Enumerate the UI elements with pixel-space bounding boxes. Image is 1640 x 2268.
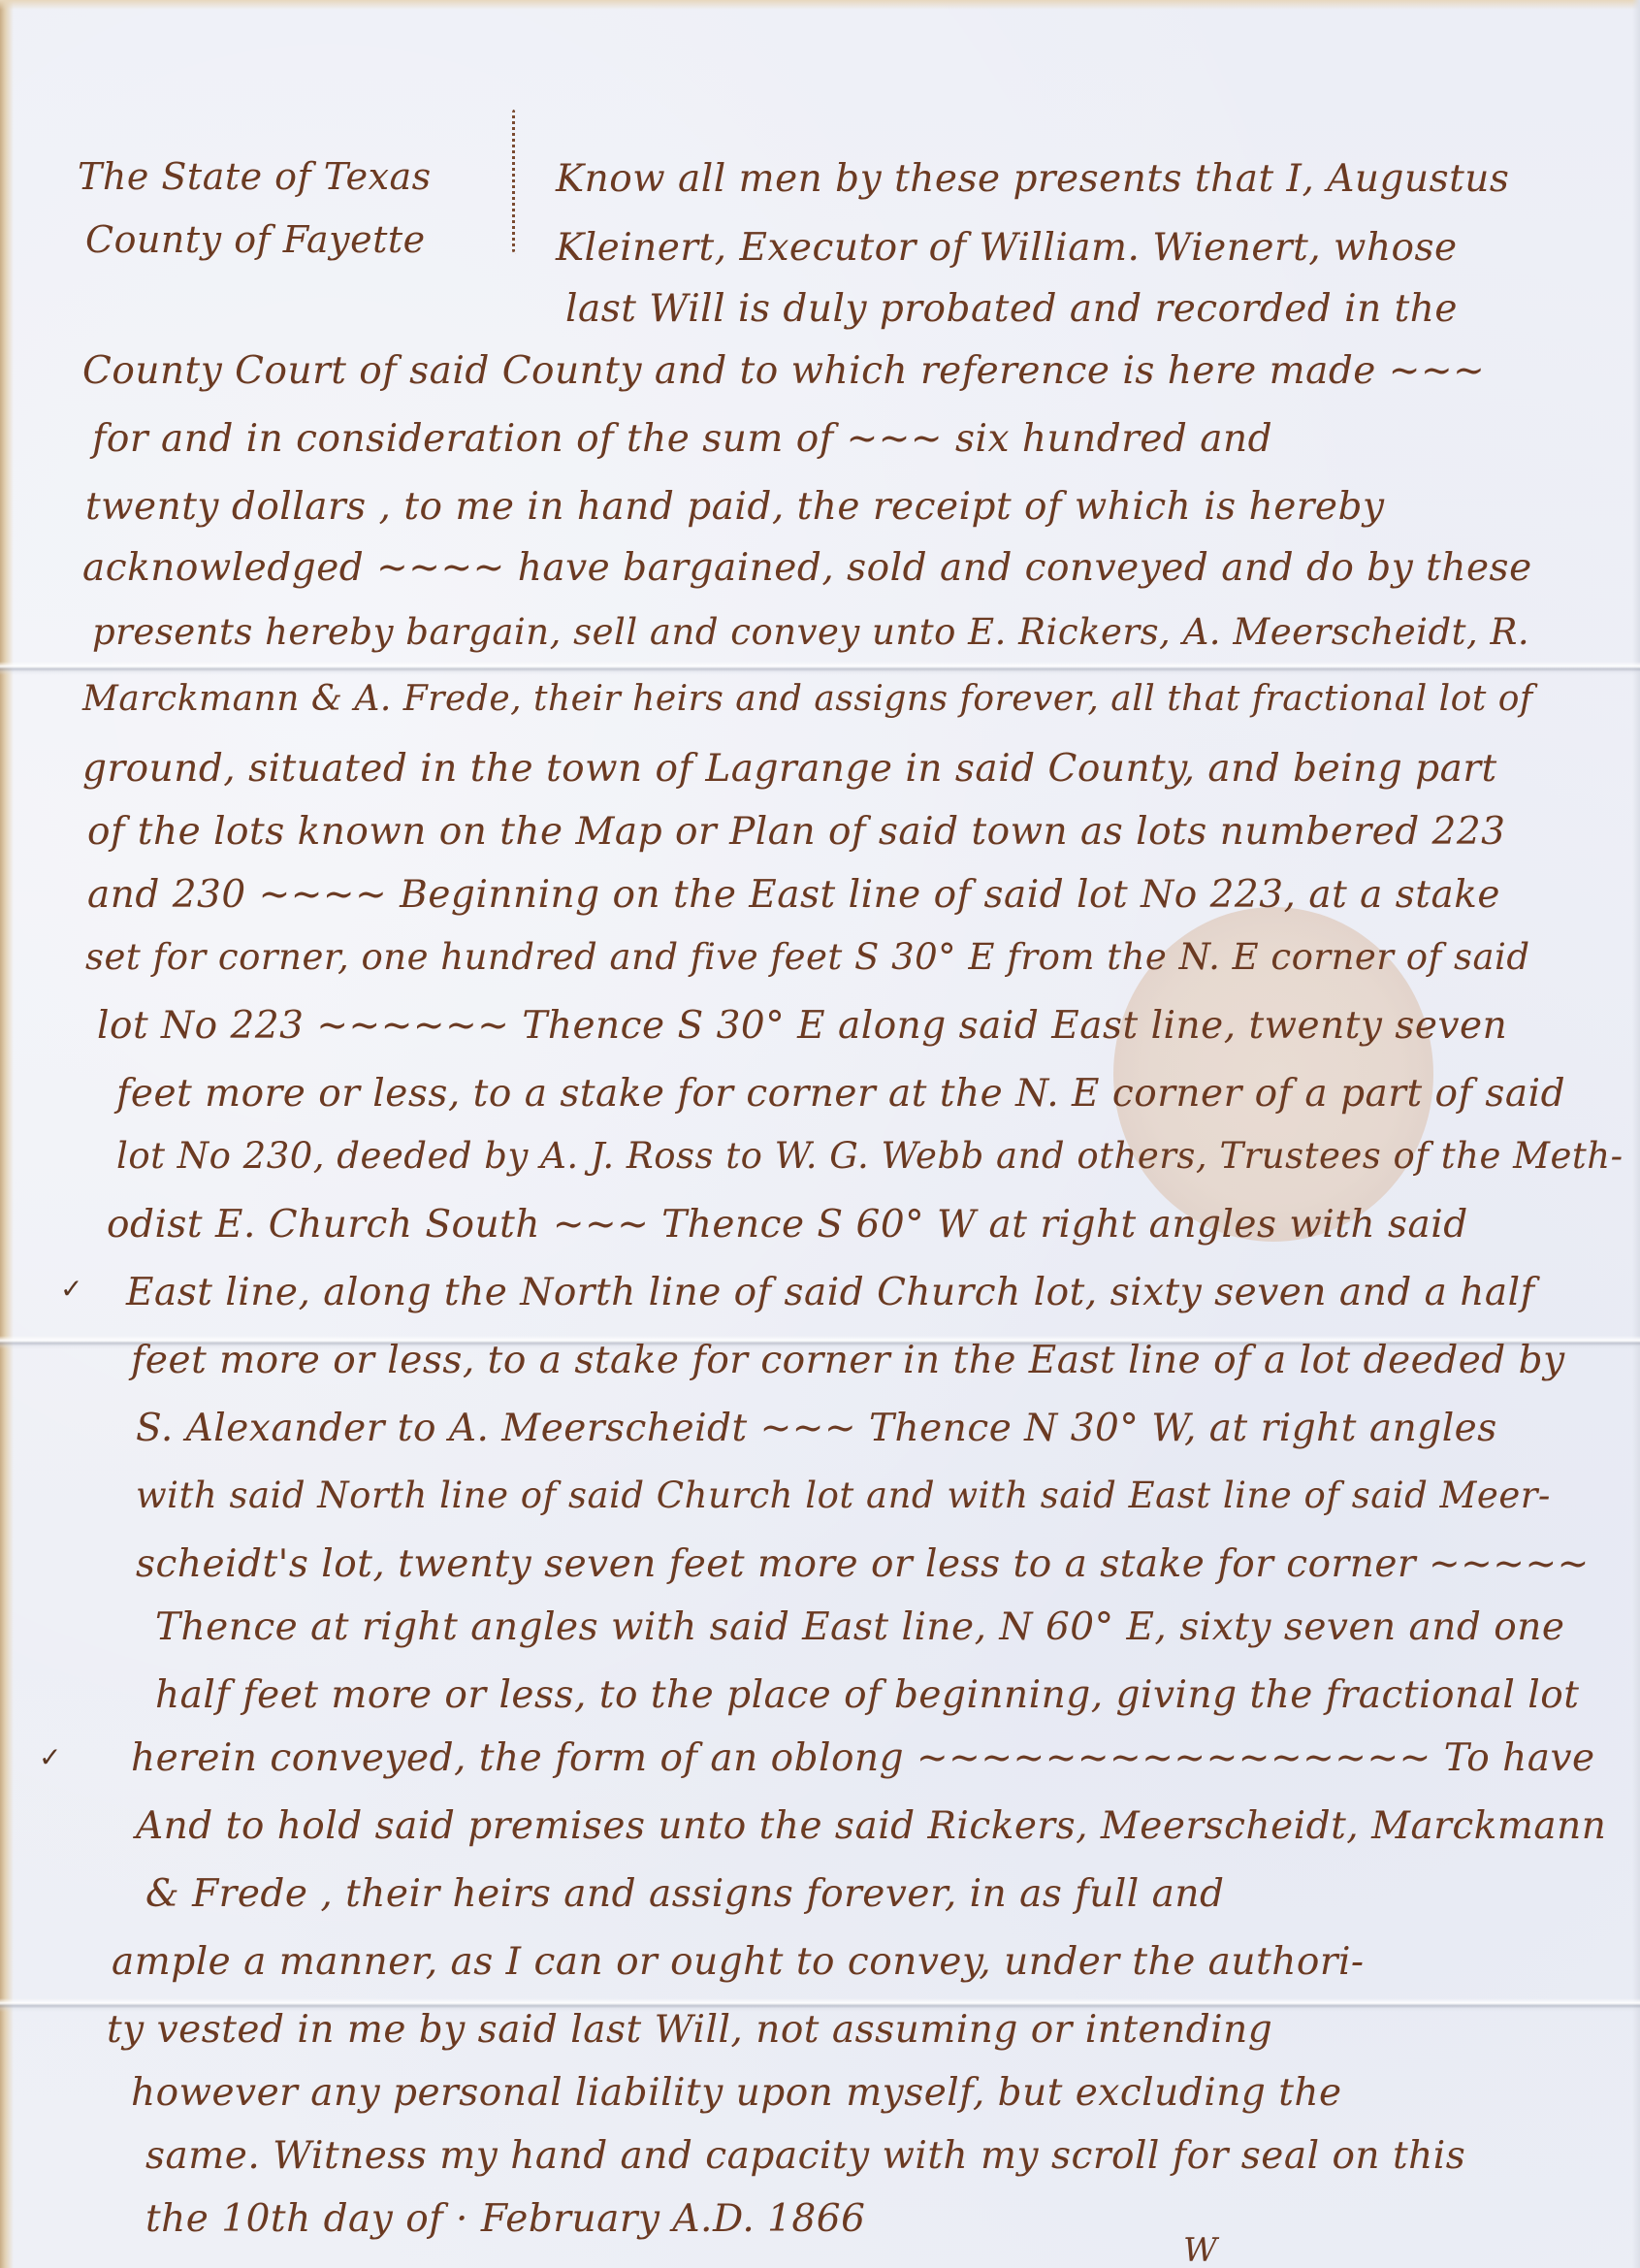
deed-line: feet more or less, to a stake for corner… <box>116 1072 1565 1116</box>
deed-line: scheidt's lot, twenty seven feet more or… <box>136 1542 1590 1586</box>
deed-line: Know all men by these presents that I, A… <box>556 157 1509 201</box>
deed-line: And to hold said premises unto the said … <box>136 1804 1606 1848</box>
deed-line: set for corner, one hundred and five fee… <box>85 936 1530 978</box>
deed-line: twenty dollars , to me in hand paid, the… <box>85 485 1385 529</box>
deed-line: East line, along the North line of said … <box>126 1271 1535 1314</box>
deed-line: Marckmann & A. Frede, their heirs and as… <box>82 679 1533 719</box>
deed-line: presents hereby bargain, sell and convey… <box>92 611 1529 653</box>
deed-line: Thence at right angles with said East li… <box>155 1605 1564 1649</box>
deed-line: feet more or less, to a stake for corner… <box>131 1339 1565 1382</box>
deed-line: with said North line of said Church lot … <box>136 1474 1551 1516</box>
deed-line: S. Alexander to A. Meerscheidt ~~~ Thenc… <box>136 1407 1497 1450</box>
deed-line: and 230 ~~~~ Beginning on the East line … <box>87 873 1500 917</box>
deed-line: odist E. Church South ~~~ Thence S 60° W… <box>107 1203 1468 1247</box>
header-brace <box>512 109 531 254</box>
aged-top-edge <box>0 0 1640 10</box>
deed-line: Kleinert, Executor of William. Wienert, … <box>556 226 1458 270</box>
deed-line: same. Witness my hand and capacity with … <box>145 2134 1465 2178</box>
deed-line: ground, situated in the town of Lagrange… <box>82 747 1497 791</box>
aged-left-edge <box>0 0 14 2268</box>
deed-date-line: the 10th day of · February A.D. 1866 <box>145 2197 865 2241</box>
deed-line: County Court of said County and to which… <box>82 349 1485 393</box>
deed-line: however any personal liability upon myse… <box>131 2071 1342 2115</box>
deed-page: The State of Texas County of Fayette Kno… <box>0 0 1640 2268</box>
deed-line: of the lots known on the Map or Plan of … <box>87 810 1506 854</box>
deed-line: herein conveyed, the form of an oblong ~… <box>131 1736 1595 1780</box>
header-county: County of Fayette <box>85 218 426 261</box>
deed-line: last Will is duly probated and recorded … <box>565 287 1458 331</box>
deed-line: acknowledged ~~~~ have bargained, sold a… <box>82 546 1532 590</box>
signature-fragment: W <box>1183 2231 1217 2268</box>
deed-line: half feet more or less, to the place of … <box>155 1673 1579 1717</box>
margin-checkmark: ✓ <box>60 1273 82 1305</box>
deed-line: ample a manner, as I can or ought to con… <box>112 1940 1365 1984</box>
margin-checkmark: ✓ <box>39 1741 61 1773</box>
right-edge <box>1632 0 1640 2268</box>
deed-line: ty vested in me by said last Will, not a… <box>107 2008 1272 2052</box>
deed-line: lot No 230, deeded by A. J. Ross to W. G… <box>116 1135 1624 1177</box>
fold-crease <box>0 662 1640 675</box>
deed-line: for and in consideration of the sum of ~… <box>92 417 1272 461</box>
deed-line: & Frede , their heirs and assigns foreve… <box>145 1872 1225 1916</box>
deed-line: lot No 223 ~~~~~~ Thence S 30° E along s… <box>97 1004 1507 1048</box>
header-state: The State of Texas <box>78 155 432 198</box>
